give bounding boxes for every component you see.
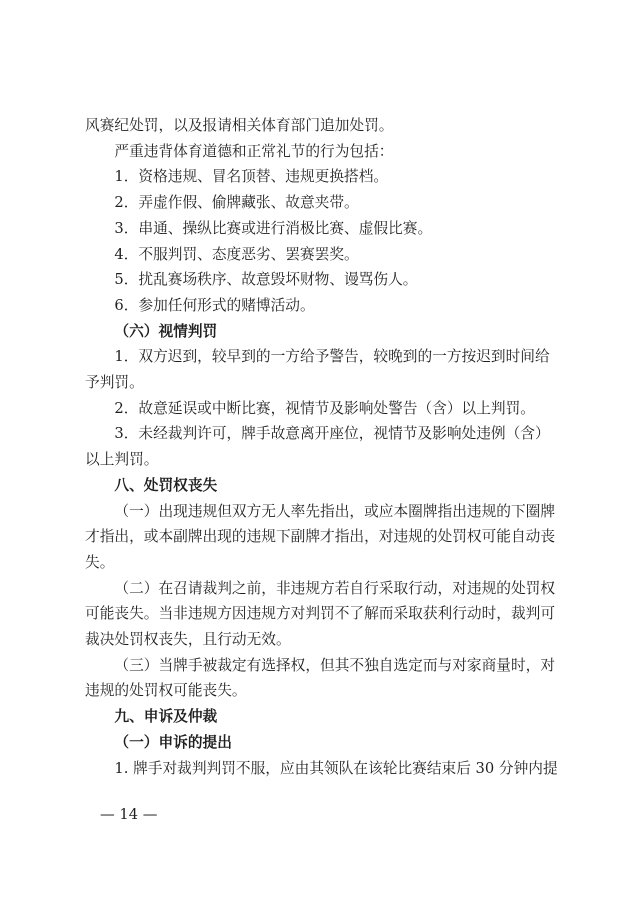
doc-line: 才指出，或本副牌出现的违规下副牌才指出，对违规的处罚权可能自动丧 [85,524,556,550]
paragraph-continuation: 风赛纪处罚，以及报请相关体育部门追加处罚。 [85,113,556,139]
doc-line: 失。 [85,550,556,576]
doc-line: （三）当牌手被裁定有选择权，但其不独自选定而与对家商量时，对 [85,653,556,679]
doc-line: 1．双方迟到，较早到的一方给予警告，较晚到的一方按迟到时间给 [85,344,556,370]
doc-line: 1. 牌手对裁判判罚不服，应由其领队在该轮比赛结束后 30 分钟内提 [85,756,556,782]
doc-line-item-5: 5．扰乱赛场秩序、故意毁坏财物、谩骂伤人。 [85,267,556,293]
doc-line: （二）在召请裁判之前，非违规方若自行采取行动，对违规的处罚权 [85,576,556,602]
doc-line: 2．故意延误或中断比赛，视情节及影响处警告（含）以上判罚。 [85,396,556,422]
doc-line-item-3: 3．串通、操纵比赛或进行消极比赛、虚假比赛。 [85,216,556,242]
doc-line-item-1: 1．资格违规、冒名顶替、违规更换搭档。 [85,164,556,190]
doc-line-sportsmanship-intro: 严重违背体育道德和正常礼节的行为包括： [85,139,556,165]
doc-line: 可能丧失。当非违规方因违规方对判罚不了解而采取获利行动时，裁判可 [85,601,556,627]
subheading-appeal-submission: （一）申诉的提出 [85,730,556,756]
doc-line: 裁决处罚权丧失，且行动无效。 [85,627,556,653]
doc-line-item-4: 4．不服判罚、态度恶劣、罢赛罢奖。 [85,242,556,268]
doc-line: 3．未经裁判许可，牌手故意离开座位，视情节及影响处违例（含） [85,421,556,447]
doc-line: 予判罚。 [85,370,556,396]
document-page: 风赛纪处罚，以及报请相关体育部门追加处罚。 严重违背体育道德和正常礼节的行为包括… [0,0,637,900]
doc-line: （一）出现违规但双方无人率先指出，或应本圈牌指出违规的下圈牌 [85,499,556,525]
document-body: 风赛纪处罚，以及报请相关体育部门追加处罚。 严重违背体育道德和正常礼节的行为包括… [85,113,556,781]
heading-appeal-arbitration: 九、申诉及仲裁 [85,704,556,730]
heading-penalty-right-loss: 八、处罚权丧失 [85,473,556,499]
doc-line: 违规的处罚权可能丧失。 [85,678,556,704]
doc-line: 以上判罚。 [85,447,556,473]
doc-line-item-6: 6．参加任何形式的赌博活动。 [85,293,556,319]
doc-line-item-2: 2．弄虚作假、偷牌藏张、故意夹带。 [85,190,556,216]
subheading-discretionary-penalty: （六）视情判罚 [85,319,556,345]
page-number: — 14 — [100,805,157,825]
